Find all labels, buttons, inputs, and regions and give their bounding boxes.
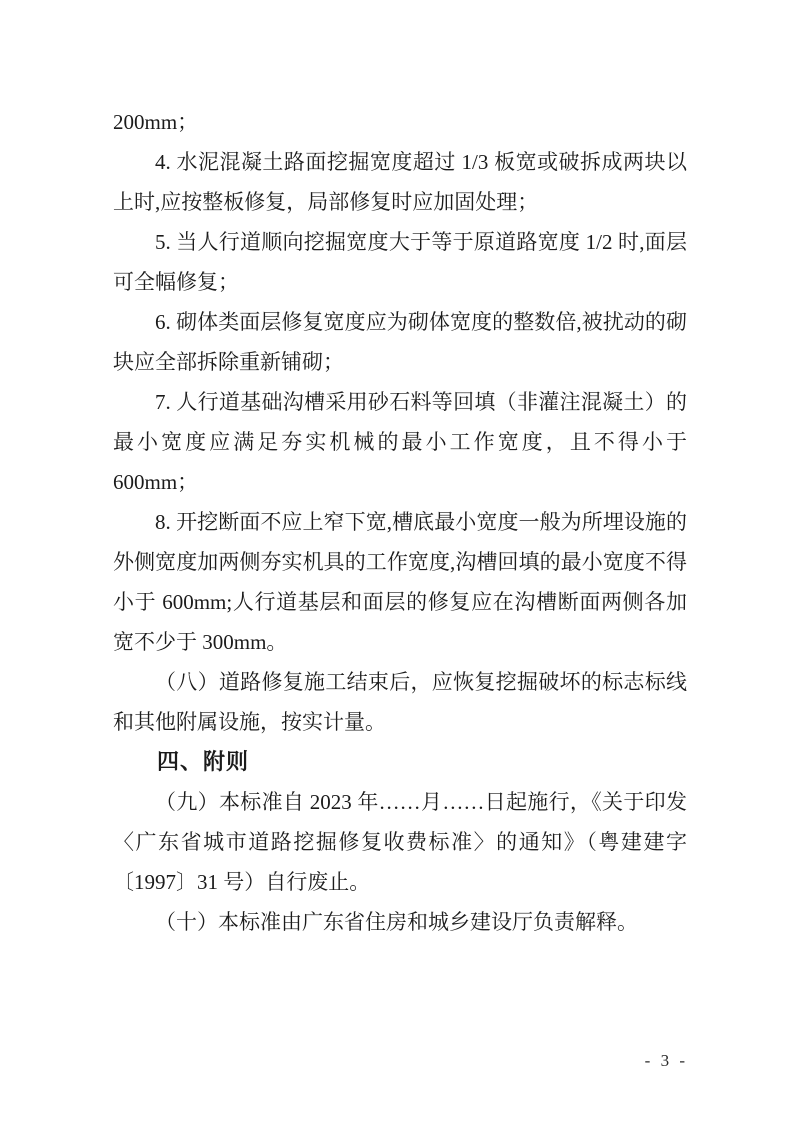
paragraph: （八）道路修复施工结束后，应恢复挖掘破坏的标志标线和其他附属设施，按实计量。 — [113, 662, 687, 742]
paragraph: 4. 水泥混凝土路面挖掘宽度超过 1/3 板宽或破拆成两块以上时,应按整板修复，… — [113, 142, 687, 222]
document-page: 200mm；4. 水泥混凝土路面挖掘宽度超过 1/3 板宽或破拆成两块以上时,应… — [0, 0, 800, 1132]
page-number: - 3 - — [645, 1049, 688, 1073]
paragraph: 5. 当人行道顺向挖掘宽度大于等于原道路宽度 1/2 时,面层可全幅修复； — [113, 222, 687, 302]
paragraph: 8. 开挖断面不应上窄下宽,槽底最小宽度一般为所埋设施的外侧宽度加两侧夯实机具的… — [113, 502, 687, 662]
section-heading: 四、附则 — [113, 742, 687, 782]
document-body: 200mm；4. 水泥混凝土路面挖掘宽度超过 1/3 板宽或破拆成两块以上时,应… — [113, 102, 687, 942]
paragraph: 200mm； — [113, 102, 687, 142]
paragraph: （九）本标准自 2023 年……月……日起施行，《关于印发〈广东省城市道路挖掘修… — [113, 782, 687, 902]
paragraph: 6. 砌体类面层修复宽度应为砌体宽度的整数倍,被扰动的砌块应全部拆除重新铺砌； — [113, 302, 687, 382]
paragraph: 7. 人行道基础沟槽采用砂石料等回填（非灌注混凝土）的最小宽度应满足夯实机械的最… — [113, 382, 687, 502]
paragraph: （十）本标准由广东省住房和城乡建设厅负责解释。 — [113, 902, 687, 942]
